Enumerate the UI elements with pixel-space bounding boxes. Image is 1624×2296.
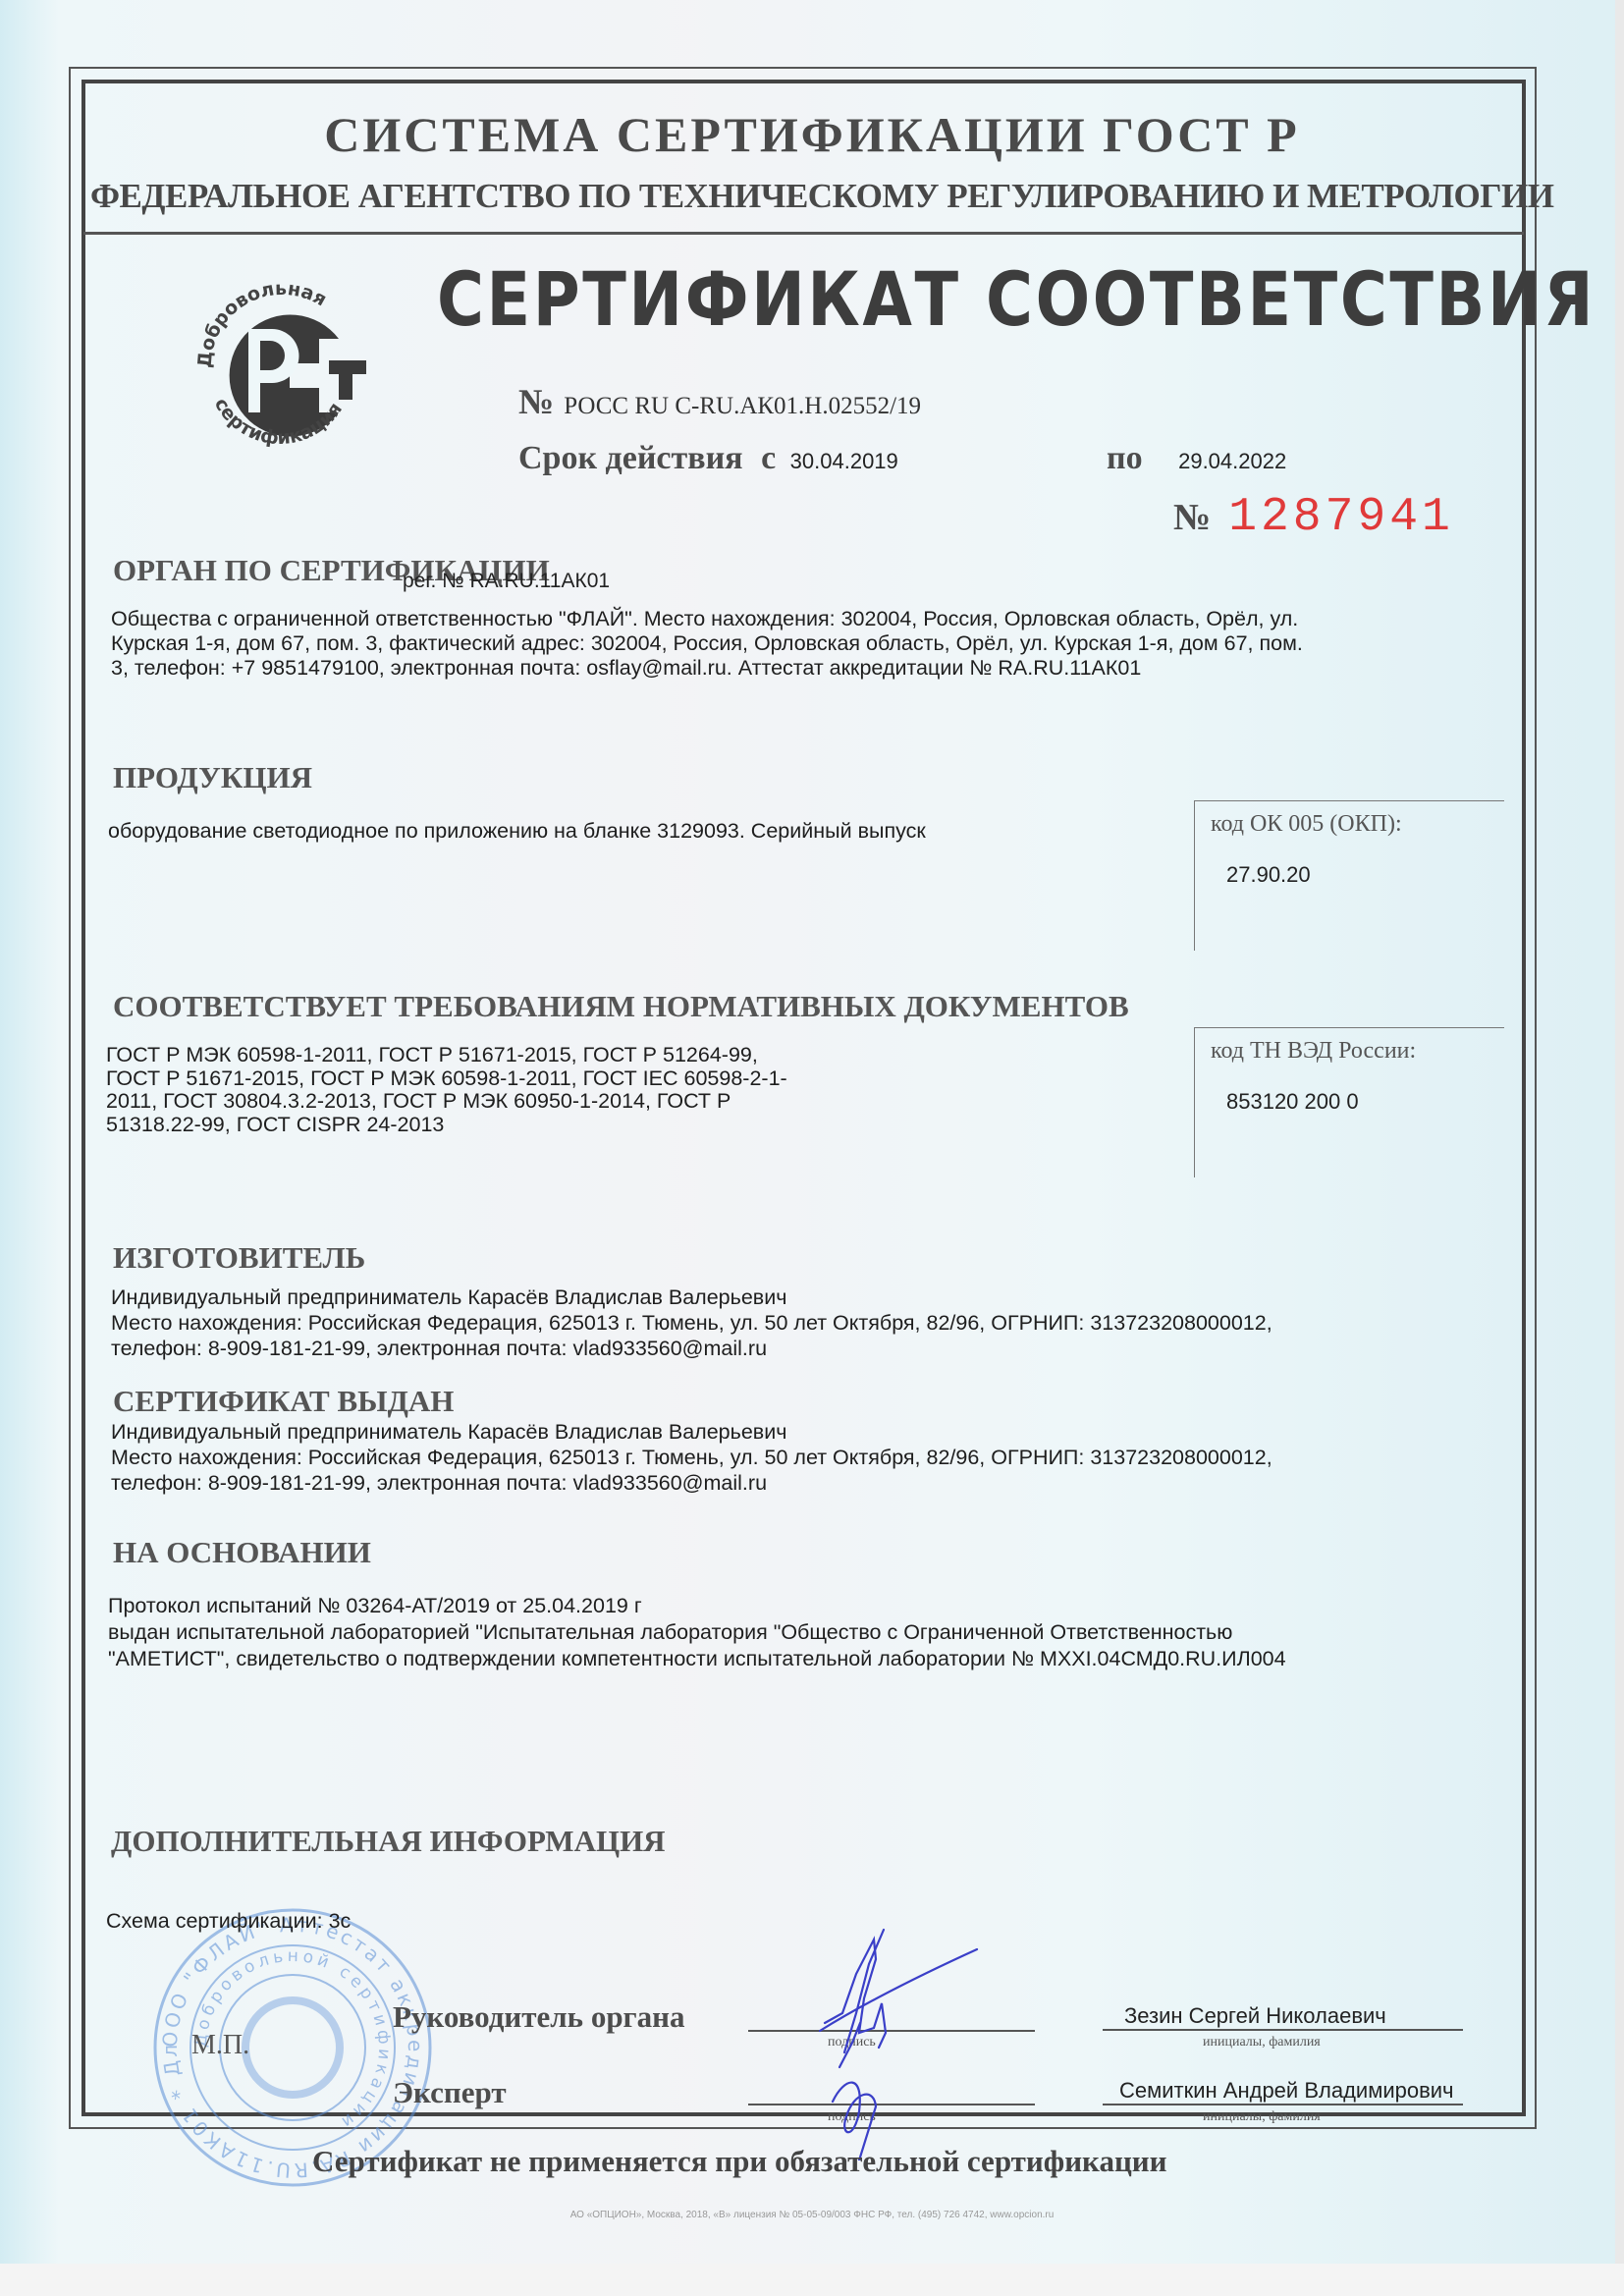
product-heading: ПРОДУКЦИЯ (113, 760, 312, 795)
page-edge (1615, 0, 1624, 2296)
head-name: Зезин Сергей Николаевич (1124, 2003, 1386, 2029)
head-name-line (1103, 2029, 1463, 2031)
validity-from-label: с (761, 440, 776, 476)
okp-code-box: код ОК 005 (ОКП): 27.90.20 (1194, 800, 1504, 951)
text-line: Место нахождения: Российская Федерация, … (111, 1310, 1272, 1336)
rst-logo-icon: Добровольная сертификация (182, 270, 378, 466)
validity-label: Срок действия (518, 440, 743, 476)
standards-list: ГОСТ Р МЭК 60598-1-2011, ГОСТ Р 51671-20… (106, 1044, 787, 1136)
system-heading: СИСТЕМА СЕРТИФИКАЦИИ ГОСТ Р (0, 106, 1624, 163)
text-line: 2011, ГОСТ 30804.3.2-2013, ГОСТ Р МЭК 60… (106, 1090, 787, 1114)
validity-to-label: по (1107, 440, 1143, 476)
text-line: Место нахождения: Российская Федерация, … (111, 1445, 1272, 1470)
blank-number-sign: № (1173, 497, 1211, 538)
text-line: ГОСТ Р 51671-2015, ГОСТ Р МЭК 60598-1-20… (106, 1067, 787, 1091)
text-line: Общества с ограниченной ответственностью… (111, 607, 1525, 631)
validity-row: Срок действия с 30.04.2019 (518, 440, 898, 477)
agency-heading: ФЕДЕРАЛЬНОЕ АГЕНТСТВО ПО ТЕХНИЧЕСКОМУ РЕ… (90, 177, 1524, 216)
text-line: Индивидуальный предприниматель Карасёв В… (111, 1285, 1272, 1310)
text-line: Курская 1-я, дом 67, пом. 3, фактический… (111, 631, 1525, 656)
document-title: СЕРТИФИКАТ СООТВЕТСТВИЯ (437, 255, 1596, 343)
validity-to-row: по 29.04.2022 (1107, 440, 1286, 477)
text-line: 51318.22-99, ГОСТ CISPR 24-2013 (106, 1114, 787, 1137)
expert-name-line (1103, 2104, 1463, 2105)
text-line: телефон: 8-909-181-21-99, электронная по… (111, 1470, 1272, 1496)
standards-heading: СООТВЕТСТВУЕТ ТРЕБОВАНИЯМ НОРМАТИВНЫХ ДО… (113, 989, 1129, 1024)
expert-name-caption: инициалы, фамилия (1203, 2109, 1321, 2125)
okp-code-value: 27.90.20 (1226, 862, 1311, 888)
valid-to-date: 29.04.2022 (1178, 449, 1286, 473)
product-description: оборудование светодиодное по приложению … (108, 819, 926, 844)
text-line: Индивидуальный предприниматель Карасёв В… (111, 1419, 1272, 1445)
printer-imprint: АО «ОПЦИОН», Москва, 2018, «В» лицензия … (0, 2210, 1624, 2220)
additional-info-heading: ДОПОЛНИТЕЛЬНАЯ ИНФОРМАЦИЯ (111, 1824, 666, 1859)
seal-place-label: М.П. (191, 2030, 249, 2061)
text-line: "АМЕТИСТ", свидетельство о подтверждении… (108, 1646, 1286, 1672)
page-bottom-edge (0, 2264, 1624, 2296)
voluntary-notice: Сертификат не применяется при обязательн… (312, 2144, 1167, 2179)
text-line: выдан испытательной лабораторией "Испыта… (108, 1619, 1286, 1646)
number-sign: № (518, 382, 554, 421)
text-line: 3, телефон: +7 9851479100, электронная п… (111, 656, 1525, 681)
manufacturer-details: Индивидуальный предприниматель Карасёв В… (111, 1285, 1272, 1361)
manufacturer-heading: ИЗГОТОВИТЕЛЬ (113, 1240, 365, 1276)
expert-label: Эксперт (393, 2075, 507, 2110)
tnved-code-label: код ТН ВЭД России: (1211, 1038, 1416, 1065)
certification-body-details: Общества с ограниченной ответственностью… (111, 607, 1525, 681)
handwritten-signature-icon (766, 1905, 1060, 2160)
text-line: Протокол испытаний № 03264-АТ/2019 от 25… (108, 1593, 1286, 1619)
tnved-code-value: 853120 200 0 (1226, 1089, 1359, 1115)
head-name-caption: инициалы, фамилия (1203, 2035, 1321, 2050)
certificate-number: РОСС RU С-RU.АК01.Н.02552/19 (564, 393, 921, 419)
okp-code-label: код ОК 005 (ОКП): (1211, 811, 1402, 838)
certification-body-reg: рег. № RA.RU.11АК01 (403, 570, 610, 593)
basis-details: Протокол испытаний № 03264-АТ/2019 от 25… (108, 1593, 1286, 1672)
expert-name: Семиткин Андрей Владимирович (1119, 2078, 1454, 2104)
text-line: ГОСТ Р МЭК 60598-1-2011, ГОСТ Р 51671-20… (106, 1044, 787, 1067)
head-of-body-label: Руководитель органа (393, 1999, 685, 2035)
blank-number-row: №1287941 (1173, 491, 1454, 544)
certification-scheme: Схема сертификации: 3с (106, 1909, 351, 1934)
issued-to-heading: СЕРТИФИКАТ ВЫДАН (113, 1384, 454, 1419)
issued-to-details: Индивидуальный предприниматель Карасёв В… (111, 1419, 1272, 1496)
certificate-number-row: №РОСС RU С-RU.АК01.Н.02552/19 (518, 381, 921, 422)
blank-number: 1287941 (1228, 491, 1454, 544)
basis-heading: НА ОСНОВАНИИ (113, 1535, 371, 1570)
valid-from-date: 30.04.2019 (790, 449, 898, 473)
header-divider (83, 232, 1524, 235)
tnved-code-box: код ТН ВЭД России: 853120 200 0 (1194, 1027, 1504, 1177)
rst-voluntary-certification-logo: Добровольная сертификация (182, 270, 378, 466)
text-line: телефон: 8-909-181-21-99, электронная по… (111, 1336, 1272, 1361)
